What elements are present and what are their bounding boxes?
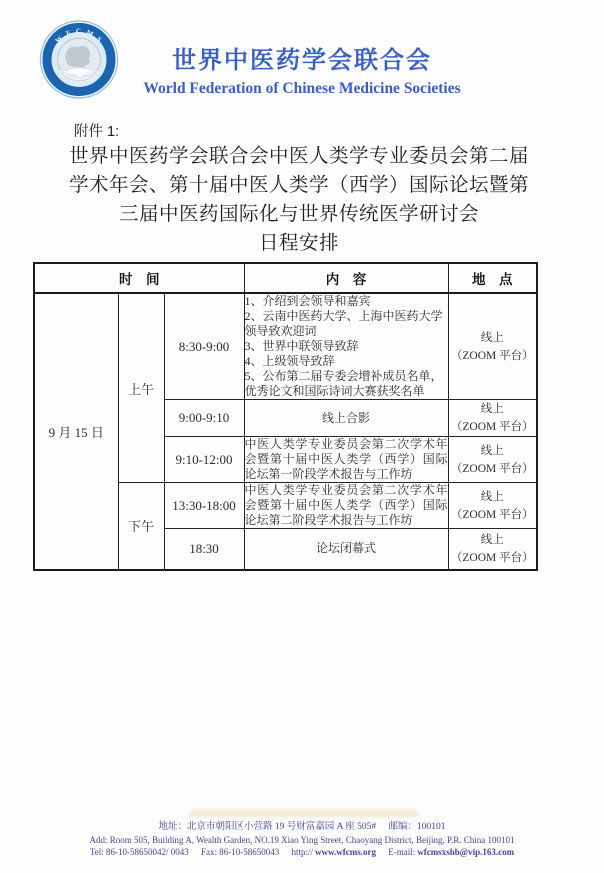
agenda-item: 4、上级领导致辞 <box>245 354 448 369</box>
org-name-en: World Federation of Chinese Medicine Soc… <box>0 80 604 98</box>
attachment-label: 附件 1: <box>74 120 119 141</box>
content-cell: 论坛闭幕式 <box>244 529 448 570</box>
document-page: WORLD FEDERATION OF CHINESE MEDICINE SOC… <box>0 0 604 873</box>
doc-title-line-4: 日程安排 <box>68 229 530 258</box>
doc-title: 世界中医药学会联合会中医人类学专业委员会第二届 学术年会、第十届中医人类学（西学… <box>68 142 530 258</box>
footer-postcode: 邮编：100101 <box>389 822 446 832</box>
time-cell: 18:30 <box>164 529 244 570</box>
location-cell: 线上 （ZOOM 平台） <box>448 400 537 437</box>
agenda-item: 2、云南中医药大学、上海中医药大学领导致欢迎词 <box>245 309 448 339</box>
agenda-item: 3、世界中联领导致辞 <box>245 339 448 354</box>
date-cell: 9 月 15 日 <box>34 293 118 570</box>
footer-fax: Fax: 86-10-58650043 <box>201 847 279 857</box>
doc-title-line-2: 学术年会、第十届中医人类学（西学）国际论坛暨第 <box>68 171 530 200</box>
footer-website: www.wfcms.org <box>315 847 376 857</box>
time-cell: 9:10-12:00 <box>164 437 244 483</box>
footer-email: wfcmsxshb@vip.163.com <box>417 847 514 857</box>
time-cell: 8:30-9:00 <box>164 293 244 400</box>
schedule-table: 时 间 内 容 地 点 9 月 15 日 上午 8:30-9:00 1、介绍到会… <box>33 262 538 571</box>
content-cell: 中医人类学专业委员会第二次学术年会暨第十届中医人类学（西学）国际论坛第二阶段学术… <box>244 483 448 529</box>
scan-artifact <box>190 810 418 817</box>
content-cell: 1、介绍到会领导和嘉宾 2、云南中医药大学、上海中医药大学领导致欢迎词 3、世界… <box>244 293 448 400</box>
time-cell: 13:30-18:00 <box>164 483 244 529</box>
org-name-cn: 世界中医药学会联合会 <box>0 40 604 75</box>
footer-tel: Tel: 86-10-58650042/ 0043 <box>90 847 189 857</box>
doc-title-line-1: 世界中医药学会联合会中医人类学专业委员会第二届 <box>68 142 530 171</box>
doc-title-line-3: 三届中医药国际化与世界传统医学研讨会 <box>68 200 530 229</box>
content-cell: 中医人类学专业委员会第二次学术年会暨第十届中医人类学（西学）国际论坛第一阶段学术… <box>244 437 448 483</box>
header-location: 地 点 <box>448 263 537 293</box>
location-cell: 线上 （ZOOM 平台） <box>448 529 537 570</box>
footer-web-prefix: http:// <box>291 847 313 857</box>
period-am-cell: 上午 <box>118 293 164 483</box>
header-time: 时 间 <box>34 263 244 293</box>
agenda-item: 1、介绍到会领导和嘉宾 <box>245 294 448 309</box>
location-cell: 线上 （ZOOM 平台） <box>448 293 537 400</box>
location-cell: 线上 （ZOOM 平台） <box>448 437 537 483</box>
time-cell: 9:00-9:10 <box>164 400 244 437</box>
period-pm-cell: 下午 <box>118 483 164 570</box>
header-content: 内 容 <box>244 263 448 293</box>
agenda-item: 5、公布第二届专委会增补成员名单，优秀论文和国际诗词大赛获奖名单 <box>245 369 448 399</box>
footer-address-cn: 地址：北京市朝阳区小营路 19 号财富嘉园 A 座 505# <box>158 822 376 832</box>
footer-email-label: E-mail: <box>388 847 415 857</box>
location-cell: 线上 （ZOOM 平台） <box>448 483 537 529</box>
footer-address-en: Add: Room 505, Building A, Wealth Garden… <box>90 835 515 845</box>
footer: 地址：北京市朝阳区小营路 19 号财富嘉园 A 座 505# 邮编：100101… <box>0 821 604 859</box>
content-cell: 线上合影 <box>244 400 448 437</box>
